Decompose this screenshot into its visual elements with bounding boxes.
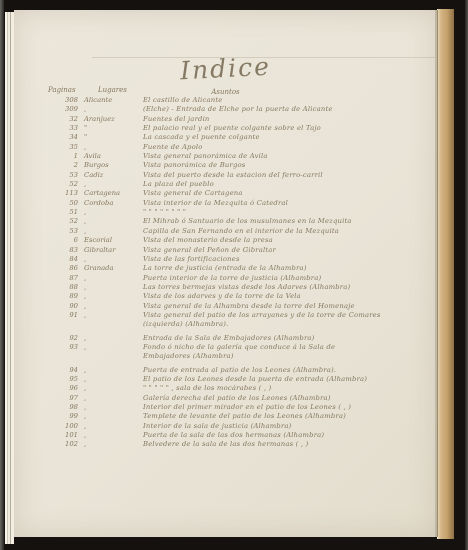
subject-text: La torre de justicia (entrada de la Alha… — [141, 264, 427, 273]
place-name: , — [78, 302, 141, 311]
index-row: 87 , Puerta interior de la torre de just… — [14, 274, 427, 283]
subject-text: Vista del puerto desde la estacion del f… — [141, 171, 427, 180]
subject-text: Belvedere de la sala de las dos hermanas… — [141, 440, 427, 449]
subject-text: Vista de las fortificaciones — [141, 255, 427, 264]
place-name: , — [78, 311, 141, 320]
page-number: 309 — [14, 105, 78, 114]
place-name: Aranjuez — [78, 115, 141, 124]
index-row: 84 , Vista de las fortificaciones — [14, 255, 427, 264]
page-number: 6 — [14, 236, 78, 245]
index-row: 100 , Interior de la sala de justicia (A… — [14, 422, 427, 431]
photographed-album-page: Indice Paginas Lugares Asuntos 308 Alica… — [0, 0, 468, 550]
index-row: 6 Escorial Vista del monasterio desde la… — [14, 236, 427, 245]
subject-text: Interior del primer mirador en el patio … — [141, 403, 427, 412]
place-name: Alicante — [78, 96, 141, 105]
index-row: 52 , La plaza del pueblo — [14, 180, 427, 189]
subject-text: Vista general de la Alhambra desde la to… — [141, 302, 427, 311]
place-name: , — [78, 274, 141, 283]
page-number: 83 — [14, 246, 78, 255]
place-name: , — [78, 384, 141, 393]
page-number: 96 — [14, 384, 78, 393]
page-number: 94 — [14, 366, 78, 375]
subject-text: La cascada y el puente colgante — [141, 133, 427, 142]
place-name: Cadiz — [78, 171, 141, 180]
subject-text: Las torres bermejas vistas desde los Ada… — [141, 283, 427, 292]
subject-text: Embajadores (Alhambra) — [141, 352, 427, 361]
index-row: 33 " El palacio real y el puente colgant… — [14, 124, 427, 133]
index-row: 50 Cordoba Vista interior de la Mezquita… — [14, 199, 427, 208]
index-row: 93 , Fondo ó nicho de la galería que con… — [14, 343, 427, 352]
index-row: 98 , Interior del primer mirador en el p… — [14, 403, 427, 412]
place-name — [78, 320, 141, 329]
page-number: 50 — [14, 199, 78, 208]
place-name: Burgos — [78, 161, 141, 170]
page-number: 35 — [14, 143, 78, 152]
index-row: 99 , Templete de levante del patio de lo… — [14, 412, 427, 421]
page-number: 86 — [14, 264, 78, 273]
place-name: , — [78, 334, 141, 343]
subject-text: Vista general del Peñon de Gibraltar — [141, 246, 427, 255]
subject-text: Fuentes del jardin — [141, 115, 427, 124]
index-row: 309 , (Elche) - Entrada de Elche por la … — [14, 105, 427, 114]
page-number: 99 — [14, 412, 78, 421]
index-row: 51 , " " " " " " " " — [14, 208, 427, 217]
index-row: 92 , Entrada de la Sala de Embajadores (… — [14, 334, 427, 343]
place-name: , — [78, 227, 141, 236]
subject-text: El Mihrab ó Santuario de los musulmanes … — [141, 217, 427, 226]
index-page: Indice Paginas Lugares Asuntos 308 Alica… — [14, 10, 437, 537]
subject-text: Entrada de la Sala de Embajadores (Alham… — [141, 334, 427, 343]
subject-text: Puerta interior de la torre de justicia … — [141, 274, 427, 283]
index-row: 34 " La cascada y el puente colgante — [14, 133, 427, 142]
subject-text: " " " " " , sala de los mocárabes ( , ) — [141, 384, 427, 393]
index-row: 1 Avila Vista general panorámica de Avil… — [14, 152, 427, 161]
subject-text: Fondo ó nicho de la galería que conduce … — [141, 343, 427, 352]
place-name: , — [78, 208, 141, 217]
index-row: 88 , Las torres bermejas vistas desde lo… — [14, 283, 427, 292]
page-number: 88 — [14, 283, 78, 292]
place-name: , — [78, 255, 141, 264]
subject-text: Capilla de San Fernando en el interior d… — [141, 227, 427, 236]
place-name: Cordoba — [78, 199, 141, 208]
page-number: 92 — [14, 334, 78, 343]
place-name: , — [78, 394, 141, 403]
subject-text: Vista del monasterio desde la presa — [141, 236, 427, 245]
frame-edge-left — [0, 0, 4, 550]
index-row: 101 , Puerta de la sala de las dos herma… — [14, 431, 427, 440]
index-row: 90 , Vista general de la Alhambra desde … — [14, 302, 427, 311]
index-row: 95 , El patio de los Leones desde la pue… — [14, 375, 427, 384]
index-row: Embajadores (Alhambra) — [14, 352, 427, 361]
subject-text: El palacio real y el puente colgante sob… — [141, 124, 427, 133]
page-number: 90 — [14, 302, 78, 311]
subject-text: " " " " " " " " — [141, 208, 427, 217]
index-row: 96 , " " " " " , sala de los mocárabes (… — [14, 384, 427, 393]
subject-text: Interior de la sala de justicia (Alhambr… — [141, 422, 427, 431]
page-number: 87 — [14, 274, 78, 283]
page-number: 51 — [14, 208, 78, 217]
fore-edge-strip — [437, 9, 454, 539]
place-name: , — [78, 375, 141, 384]
page-number: 91 — [14, 311, 78, 320]
subject-text: Puerta de la sala de las dos hermanas (A… — [141, 431, 427, 440]
page-number: 102 — [14, 440, 78, 449]
index-row: 97 , Galería derecha del patio de los Le… — [14, 394, 427, 403]
subject-text: Puerta de entrada al patio de los Leones… — [141, 366, 427, 375]
page-number: 33 — [14, 124, 78, 133]
subject-text: Galería derecha del patio de los Leones … — [141, 394, 427, 403]
place-name: , — [78, 217, 141, 226]
place-name: , — [78, 292, 141, 301]
index-row: 83 Gibraltar Vista general del Peñon de … — [14, 246, 427, 255]
column-header-subjects: Asuntos — [14, 88, 437, 96]
place-name: , — [78, 143, 141, 152]
place-name: , — [78, 440, 141, 449]
subject-text: Vista general del patio de los arrayanes… — [141, 311, 427, 320]
index-row: 32 Aranjuez Fuentes del jardin — [14, 115, 427, 124]
place-name: Escorial — [78, 236, 141, 245]
page-number: 100 — [14, 422, 78, 431]
page-number: 98 — [14, 403, 78, 412]
place-name: , — [78, 366, 141, 375]
place-name — [78, 352, 141, 361]
subject-text: Fuente de Apolo — [141, 143, 427, 152]
place-name: , — [78, 403, 141, 412]
page-number: 52 — [14, 180, 78, 189]
subject-text: Vista general de Cartagena — [141, 189, 427, 198]
index-row: 35 , Fuente de Apolo — [14, 143, 427, 152]
page-number — [14, 320, 78, 329]
page-stack-gutter — [5, 12, 14, 544]
place-name: " — [78, 124, 141, 133]
index-row: 52 , El Mihrab ó Santuario de los musulm… — [14, 217, 427, 226]
page-number — [14, 352, 78, 361]
place-name: , — [78, 431, 141, 440]
page-number: 32 — [14, 115, 78, 124]
index-row: 91 , Vista general del patio de los arra… — [14, 311, 427, 320]
index-row: 53 , Capilla de San Fernando en el inter… — [14, 227, 427, 236]
page-number: 95 — [14, 375, 78, 384]
place-name: , — [78, 412, 141, 421]
index-rows: 308 Alicante El castillo de Alicante 309… — [14, 96, 427, 450]
subject-text: Vista general panorámica de Avila — [141, 152, 427, 161]
index-row: 308 Alicante El castillo de Alicante — [14, 96, 427, 105]
place-name: , — [78, 283, 141, 292]
page-number: 1 — [14, 152, 78, 161]
page-number: 113 — [14, 189, 78, 198]
index-row: 113 Cartagena Vista general de Cartagena — [14, 189, 427, 198]
subject-text: (Elche) - Entrada de Elche por la puerta… — [141, 105, 427, 114]
place-name: Cartagena — [78, 189, 141, 198]
subject-text: El castillo de Alicante — [141, 96, 427, 105]
place-name: , — [78, 343, 141, 352]
index-row: 94 , Puerta de entrada al patio de los L… — [14, 366, 427, 375]
place-name: " — [78, 133, 141, 142]
place-name: , — [78, 422, 141, 431]
page-number: 93 — [14, 343, 78, 352]
place-name: Gibraltar — [78, 246, 141, 255]
page-number: 2 — [14, 161, 78, 170]
index-row: 102 , Belvedere de la sala de las dos he… — [14, 440, 427, 449]
subject-text: El patio de los Leones desde la puerta d… — [141, 375, 427, 384]
place-name: Avila — [78, 152, 141, 161]
place-name: Granada — [78, 264, 141, 273]
page-number: 84 — [14, 255, 78, 264]
index-row: 89 , Vista de los adarves y de la torre … — [14, 292, 427, 301]
subject-text: (izquierda) (Alhambra). — [141, 320, 427, 329]
subject-text: Vista de los adarves y de la torre de la… — [141, 292, 427, 301]
page-number: 52 — [14, 217, 78, 226]
index-row: 2 Burgos Vista panorámica de Burgos — [14, 161, 427, 170]
subject-text: Vista panorámica de Burgos — [141, 161, 427, 170]
page-number: 34 — [14, 133, 78, 142]
index-row: 86 Granada La torre de justicia (entrada… — [14, 264, 427, 273]
index-row: 53 Cadiz Vista del puerto desde la estac… — [14, 171, 427, 180]
page-number: 308 — [14, 96, 78, 105]
index-row: (izquierda) (Alhambra). — [14, 320, 427, 329]
page-number: 53 — [14, 171, 78, 180]
page-number: 101 — [14, 431, 78, 440]
subject-text: La plaza del pueblo — [141, 180, 427, 189]
place-name: , — [78, 105, 141, 114]
page-number: 89 — [14, 292, 78, 301]
page-number: 53 — [14, 227, 78, 236]
page-number: 97 — [14, 394, 78, 403]
place-name: , — [78, 180, 141, 189]
subject-text: Templete de levante del patio de los Leo… — [141, 412, 427, 421]
page-title: Indice — [14, 43, 438, 94]
subject-text: Vista interior de la Mezquita ó Catedral — [141, 199, 427, 208]
